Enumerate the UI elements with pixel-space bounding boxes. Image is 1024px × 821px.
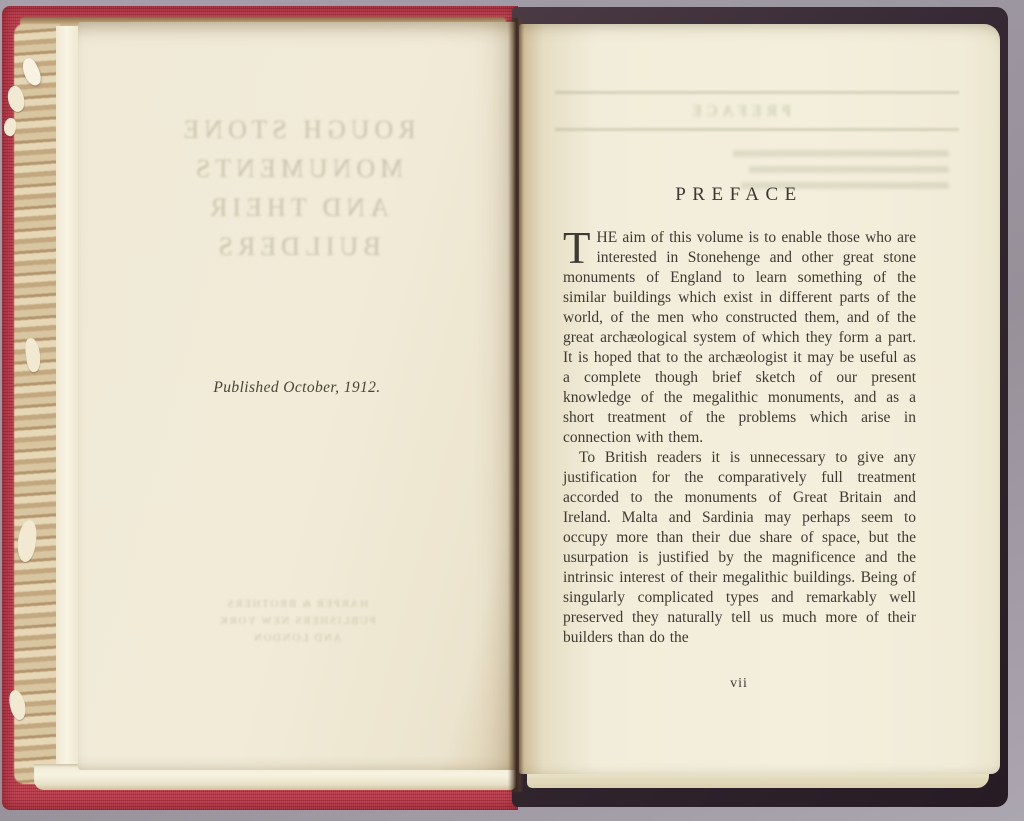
preface-paragraph-2: To British readers it is unnecessary to … xyxy=(563,448,916,648)
preface-paragraph-1-text: HE aim of this volume is to enable those… xyxy=(563,229,916,446)
bleedthrough-title-line: AND THEIR xyxy=(78,188,516,227)
bleedthrough-rule xyxy=(555,91,959,94)
preface-paragraph-1: THE aim of this volume is to enable thos… xyxy=(563,228,916,448)
left-page: ROUGH STONE MONUMENTS AND THEIR BUILDERS… xyxy=(78,22,516,770)
bleedthrough-title-line: ROUGH STONE xyxy=(78,110,516,149)
bleedthrough-book-title: ROUGH STONE MONUMENTS AND THEIR BUILDERS xyxy=(78,110,516,266)
torn-deckle-edge xyxy=(14,24,60,784)
bleedthrough-rule xyxy=(555,128,959,131)
book-scan-scene: ROUGH STONE MONUMENTS AND THEIR BUILDERS… xyxy=(0,0,1024,821)
bleedthrough-heading: PREFACE xyxy=(563,103,915,121)
right-page: PREFACE PREFACE THE aim of this volume i… xyxy=(519,24,1000,774)
preface-paragraph-2-text: To British readers it is unnecessary to … xyxy=(563,449,916,646)
bleedthrough-publisher-line: PUBLISHERS NEW YORK xyxy=(78,613,516,630)
bleedthrough-text-smudge xyxy=(749,166,949,173)
bleedthrough-title-line: BUILDERS xyxy=(78,227,516,266)
bleedthrough-publisher-line: AND LONDON xyxy=(78,630,516,647)
bleedthrough-publisher-imprint: HARPER & BROTHERS PUBLISHERS NEW YORK AN… xyxy=(78,596,516,647)
page-number: vii xyxy=(563,676,915,692)
book-gutter-shadow xyxy=(508,18,524,792)
bleedthrough-publisher-line: HARPER & BROTHERS xyxy=(78,596,516,613)
bleedthrough-title-line: MONUMENTS xyxy=(78,149,516,188)
page-title: PREFACE xyxy=(563,184,915,206)
preface-body-text: THE aim of this volume is to enable thos… xyxy=(563,228,916,648)
drop-cap-letter: T xyxy=(563,228,597,267)
published-date-note: Published October, 1912. xyxy=(78,379,516,397)
bleedthrough-text-smudge xyxy=(733,150,949,157)
